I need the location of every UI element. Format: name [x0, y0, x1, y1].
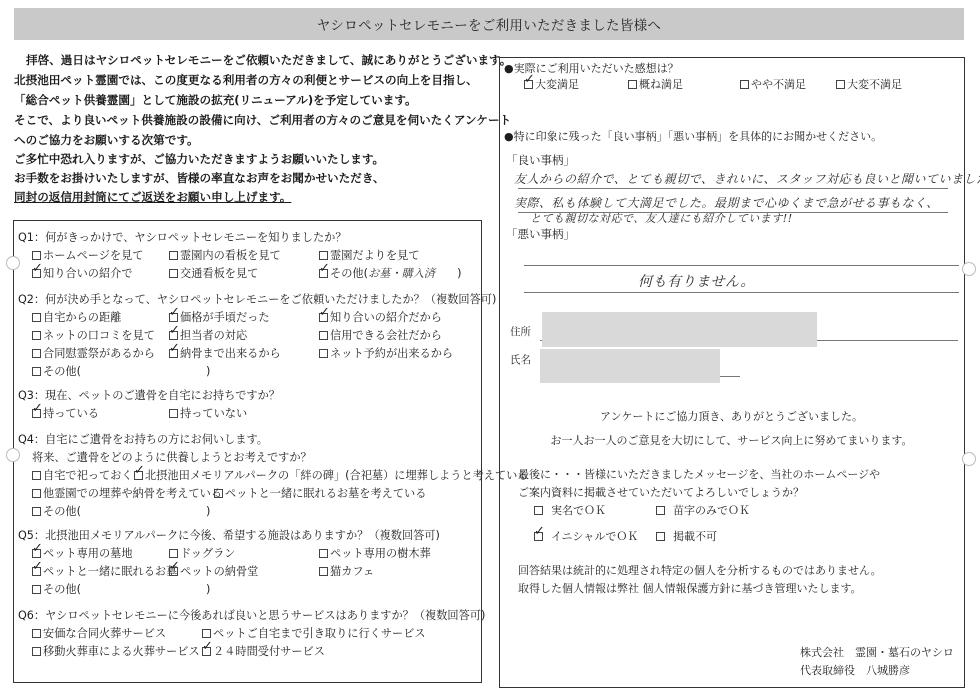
checkbox-checked[interactable] [169, 331, 178, 340]
option-label: ホームページを見て [43, 249, 143, 262]
impressions-prompt: ●特に印象に残った「良い事柄」「悪い事柄」を具体的にお聞かせください。 [504, 128, 882, 144]
q2-option[interactable]: 納骨まで出来るから [169, 345, 281, 361]
q5-option-other[interactable]: その他() [32, 581, 210, 597]
q2-option[interactable]: 自宅からの距離 [32, 309, 121, 325]
option-label: 大変満足 [535, 78, 579, 91]
questionnaire-box: Q1：何がきっかけで、ヤシロペットセレモニーを知りましたか？ ホームページを見て… [13, 220, 482, 683]
option-label: 北摂池田メモリアルパークの「絆の碑」(合祀墓）に埋葬しようと考えている [145, 469, 529, 482]
q2-option[interactable]: 担当者の対応 [169, 327, 247, 343]
checkbox[interactable] [836, 80, 845, 89]
option-label: 価格が手頃だった [180, 311, 270, 324]
redacted-address [542, 312, 817, 347]
option-label: 担当者の対応 [180, 329, 247, 342]
bad-label: 「悪い事柄」 [506, 226, 575, 242]
checkbox[interactable] [169, 269, 178, 278]
q5-question: Q5：北摂池田メモリアルパークに今後、希望する施設はありますか？（複数回答可) [18, 527, 440, 543]
q1-option[interactable]: 霊園だよりを見て [319, 247, 420, 263]
q4-option[interactable]: ペットと一緒に眠れるお墓を考えている [214, 485, 426, 501]
checkbox-checked[interactable] [169, 567, 178, 576]
privacy-line: 取得した個人情報は弊社 個人情報保護方針に基づき管理いたします。 [518, 580, 862, 596]
q2-option[interactable]: 信用できる会社だから [319, 327, 442, 343]
checkbox[interactable] [656, 532, 665, 541]
checkbox[interactable] [32, 313, 41, 322]
punch-hole [962, 452, 976, 466]
q4-option[interactable]: 他霊園での埋葬や納骨を考えている [32, 485, 222, 501]
option-label: 知り合いの紹介だから [330, 311, 442, 324]
representative-name: 代表取締役 八城勝彦 [800, 662, 910, 678]
checkbox[interactable] [656, 506, 665, 515]
publish-option[interactable]: イニシャルでＯＫ [534, 528, 638, 544]
name-label: 氏名 [510, 352, 531, 367]
option-label: 交通看板を見て [180, 267, 258, 280]
checkbox-checked[interactable] [134, 471, 143, 480]
intro-line: へのご協力をお願いする次第です。 [14, 130, 489, 150]
bad-text: 何も有りません。 [638, 271, 755, 291]
option-label: 合同慰霊祭があるから [43, 347, 155, 360]
q2-option[interactable]: ネット予約が出来るから [319, 345, 453, 361]
checkbox-checked[interactable] [319, 313, 328, 322]
q5-option[interactable]: ペットと一緒に眠れるお墓 [32, 563, 177, 579]
checkbox-checked[interactable] [32, 549, 41, 558]
satisfaction-option[interactable]: 大変満足 [524, 76, 579, 92]
satisfaction-option[interactable]: 概ね満足 [628, 76, 683, 92]
intro-line: 「総合ペット供養霊園」として施設の拡充(リニューアル)を予定しています。 [14, 90, 489, 110]
option-label: イニシャルでＯＫ [551, 530, 638, 543]
paren-close: ) [206, 365, 210, 378]
option-label: ネットの口コミを見て [43, 329, 155, 342]
option-label: 掲載不可 [673, 530, 717, 543]
form-title: ヤシロペットセレモニーをご利用いただきました皆様へ [14, 8, 964, 40]
option-label: 霊園だよりを見て [330, 249, 420, 262]
checkbox[interactable] [169, 251, 178, 260]
q1-other-handwritten: お墓・購入済 [368, 267, 435, 280]
option-label: 安価な合同火葬サービス [43, 627, 166, 640]
checkbox[interactable] [32, 507, 41, 516]
publish-option[interactable]: 掲載不可 [656, 528, 717, 544]
checkbox[interactable] [32, 629, 41, 638]
writing-line [518, 188, 948, 189]
q2-option[interactable]: ネットの口コミを見て [32, 327, 155, 343]
q2-option[interactable]: 知り合いの紹介だから [319, 309, 442, 325]
writing-line [524, 292, 959, 293]
option-label: 猫カフェ [330, 565, 374, 578]
punch-hole [962, 262, 976, 276]
good-text-line: 実際、私も体験して大満足でした。最期まで心ゆくまで急がせる事もなく、 [514, 194, 939, 211]
checkbox[interactable] [202, 629, 211, 638]
option-label: ２４時間受付サービス [213, 645, 325, 658]
option-label: ペット専用の樹木葬 [330, 547, 431, 560]
writing-line [524, 265, 959, 266]
option-label: 苗字のみでＯＫ [673, 504, 750, 517]
q4-option[interactable]: 自宅で祀っておく [32, 467, 133, 483]
option-label: その他( [43, 505, 81, 518]
request-line: お手数をお掛けいたしますが、皆様の率直なお声をお聞かせいただき、 [14, 169, 489, 188]
option-label: 概ね満足 [639, 78, 683, 91]
option-label: ペット専用の墓地 [43, 547, 133, 560]
good-label: 「良い事柄」 [506, 152, 575, 168]
checkbox[interactable] [628, 80, 637, 89]
q3-option[interactable]: 持っている [32, 405, 99, 421]
feedback-box: ●実際にご利用いただいた感想は？ 大変満足 概ね満足 やや不満足 大変不満足 ●… [499, 57, 965, 688]
checkbox-checked[interactable] [32, 409, 41, 418]
q1-option[interactable]: 知り合いの紹介で [32, 265, 133, 281]
checkbox-checked[interactable] [534, 532, 543, 541]
option-label: 大変不満足 [847, 78, 902, 91]
q6-option[interactable]: 移動火葬車による火葬サービス [32, 643, 200, 659]
option-label: その他( [43, 365, 81, 378]
q3-question: Q3：現在、ペットのご遺骨を自宅にお持ちですか？ [18, 387, 280, 403]
paren-close: ) [206, 583, 210, 596]
good-text-line: とても親切な対応で、友人達にも紹介しています!! [530, 210, 793, 226]
option-label: 自宅からの距離 [43, 311, 121, 324]
q2-option[interactable]: 合同慰霊祭があるから [32, 345, 155, 361]
punch-hole [6, 448, 20, 462]
privacy-line: 回答結果は統計的に処理され特定の個人を分析するものではありません。 [518, 562, 882, 578]
good-text-line: 友人からの紹介で、とても親切で、きれいに、スタッフ対応も良いと聞いていました。 [514, 170, 980, 187]
thanks-line: アンケートにご協力頂き、ありがとうございました。 [500, 408, 963, 424]
option-label: 自宅で祀っておく [43, 469, 133, 482]
q5-option[interactable]: ペットの納骨堂 [169, 563, 258, 579]
checkbox-checked[interactable] [32, 269, 41, 278]
option-label: ペットの納骨堂 [180, 565, 258, 578]
option-label: 実名でＯＫ [551, 504, 606, 517]
q2-option[interactable]: 価格が手頃だった [169, 309, 270, 325]
q6-question: Q6：ヤシロペットセレモニーに今後あれば良いと思うサービスはありますか？（複数回… [18, 607, 485, 623]
checkbox[interactable] [32, 331, 41, 340]
option-label: 持っていない [180, 407, 247, 420]
q6-option[interactable]: ペットご自宅まで引き取りに行くサービス [202, 625, 426, 641]
option-label: ペットと一緒に眠れるお墓を考えている [225, 487, 426, 500]
thanks-line: お一人お一人のご意見を大切にして、サービス向上に努めてまいります。 [500, 432, 963, 448]
option-label: 信用できる会社だから [330, 329, 442, 342]
checkbox-checked[interactable] [319, 269, 328, 278]
q1-question: Q1：何がきっかけで、ヤシロペットセレモニーを知りましたか？ [18, 229, 347, 245]
checkbox[interactable] [319, 251, 328, 260]
option-label: 持っている [43, 407, 99, 420]
option-label: 知り合いの紹介で [43, 267, 133, 280]
paren-close: ) [206, 505, 210, 518]
q4-subquestion: 将来、ご遺骨をどのように供養しようとお考えですか？ [32, 449, 312, 465]
q2-question: Q2：何が決め手となって、ヤシロペットセレモニーをご依頼いただけましたか？（複数… [18, 291, 496, 307]
checkbox[interactable] [319, 549, 328, 558]
q1-option[interactable]: 霊園内の看板を見て [169, 247, 281, 263]
option-label: ネット予約が出来るから [330, 347, 453, 360]
option-label: やや不満足 [751, 78, 806, 91]
option-label: その他( [330, 267, 368, 280]
option-label: ペットご自宅まで引き取りに行くサービス [213, 627, 426, 640]
checkbox-checked[interactable] [202, 647, 211, 656]
checkbox-checked[interactable] [169, 313, 178, 322]
checkbox[interactable] [32, 647, 41, 656]
request-line-return: 同封の返信用封筒にてご返送をお願い申し上げます。 [14, 188, 489, 207]
company-name: 株式会社 霊園・墓石のヤシロ [800, 644, 954, 660]
q5-option[interactable]: ペット専用の樹木葬 [319, 545, 431, 561]
checkbox[interactable] [32, 585, 41, 594]
q1-option[interactable]: 交通看板を見て [169, 265, 258, 281]
q5-option[interactable]: ペット専用の墓地 [32, 545, 133, 561]
option-label: 他霊園での埋葬や納骨を考えている [43, 487, 222, 500]
request-text: ご多忙中恐れ入りますが、ご協力いただきますようお願いいたします。 お手数をお掛け… [14, 150, 489, 207]
q3-option[interactable]: 持っていない [169, 405, 247, 421]
checkbox[interactable] [32, 349, 41, 358]
q5-option[interactable]: 猫カフェ [319, 563, 374, 579]
checkbox-checked[interactable] [32, 567, 41, 576]
checkbox[interactable] [319, 349, 328, 358]
checkbox[interactable] [32, 367, 41, 376]
satisfaction-option[interactable]: やや不満足 [740, 76, 806, 92]
intro-line: そこで、より良いペット供養施設の設備に向け、ご利用者の方々のご意見を伺いたくアン… [14, 110, 489, 130]
q4-question: Q4：自宅にご遺骨をお持ちの方にお伺いします。 [18, 431, 268, 447]
q1-option[interactable]: ホームページを見て [32, 247, 143, 263]
q2-option-other[interactable]: その他() [32, 363, 210, 379]
checkbox[interactable] [534, 506, 543, 515]
publish-option[interactable]: 実名でＯＫ [534, 502, 606, 518]
q4-option-other[interactable]: その他() [32, 503, 210, 519]
checkbox[interactable] [319, 331, 328, 340]
option-label: ドッグラン [180, 547, 236, 560]
q6-option[interactable]: ２４時間受付サービス [202, 643, 325, 659]
checkbox[interactable] [169, 409, 178, 418]
satisfaction-option[interactable]: 大変不満足 [836, 76, 902, 92]
q6-option[interactable]: 安価な合同火葬サービス [32, 625, 166, 641]
checkbox-checked[interactable] [524, 80, 533, 89]
punch-hole [6, 256, 20, 270]
option-label: 霊園内の看板を見て [180, 249, 281, 262]
checkbox[interactable] [740, 80, 749, 89]
request-line: ご多忙中恐れ入りますが、ご協力いただきますようお願いいたします。 [14, 150, 489, 169]
q4-option[interactable]: 北摂池田メモリアルパークの「絆の碑」(合祀墓）に埋葬しようと考えている [134, 467, 529, 483]
option-label: ペットと一緒に眠れるお墓 [43, 565, 177, 578]
redacted-name [540, 349, 720, 383]
checkbox[interactable] [32, 489, 41, 498]
publish-question: ご案内資料に掲載させていただいてよろしいでしょうか？ [518, 484, 804, 500]
intro-line: 拝啓、過日はヤシロペットセレモニーをご依頼いただきまして、誠にありがとうございま… [14, 50, 489, 70]
intro-text: 拝啓、過日はヤシロペットセレモニーをご依頼いただきまして、誠にありがとうございま… [14, 50, 489, 150]
checkbox-checked[interactable] [169, 349, 178, 358]
checkbox[interactable] [32, 471, 41, 480]
paren-close: ) [457, 267, 461, 280]
address-label: 住所 [510, 324, 531, 339]
checkbox[interactable] [169, 549, 178, 558]
checkbox[interactable] [32, 251, 41, 260]
publish-option[interactable]: 苗字のみでＯＫ [656, 502, 750, 518]
option-label: その他( [43, 583, 81, 596]
option-label: 移動火葬車による火葬サービス [43, 645, 200, 658]
checkbox[interactable] [319, 567, 328, 576]
publish-question: 最後に・・・皆様にいただきましたメッセージを、当社のホームページや [518, 466, 880, 482]
option-label: 納骨まで出来るから [180, 347, 281, 360]
checkbox[interactable] [214, 489, 223, 498]
intro-line: 北摂池田ペット霊園では、この度更なる利用者の方々の利便とサービスの向上を目指し、 [14, 70, 489, 90]
q1-option-other[interactable]: その他(お墓・購入済) [319, 265, 461, 281]
